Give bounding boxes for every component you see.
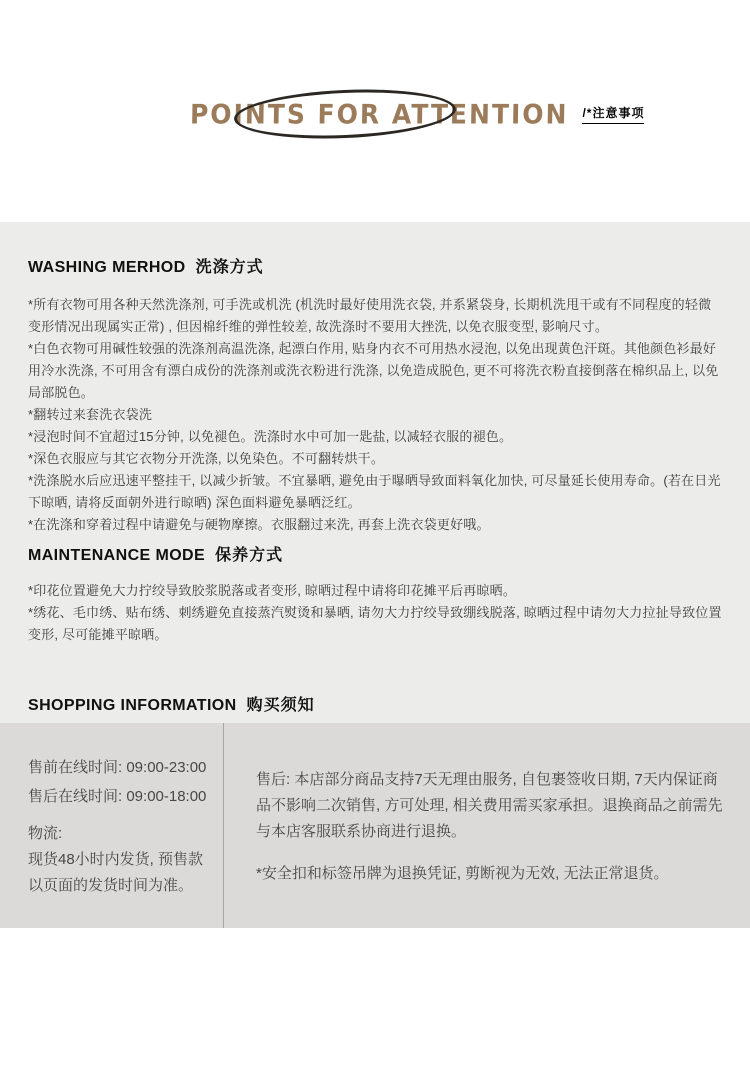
shopping-heading-en: SHOPPING INFORMATION <box>28 697 237 714</box>
washing-item: *洗涤脱水后应迅速平整挂干, 以减少折皱。不宜暴晒, 避免由于曝晒导致面料氧化加… <box>28 470 722 514</box>
care-info-panel: WASHING MERHOD洗涤方式 *所有衣物可用各种天然洗涤剂, 可手洗或机… <box>0 222 750 928</box>
logistics-label: 物流: <box>28 821 209 847</box>
shopping-information-heading: SHOPPING INFORMATION购买须知 <box>28 696 722 716</box>
care-notice-page: POINTS FOR ATTENTION/*注意事项 WASHING MERHO… <box>0 0 750 1075</box>
washing-method-list: *所有衣物可用各种天然洗涤剂, 可手洗或机洗 (机洗时最好使用洗衣袋, 并系紧袋… <box>28 294 722 536</box>
washing-heading-cn: 洗涤方式 <box>196 259 264 276</box>
maintenance-mode-heading: MAINTENANCE MODE保养方式 <box>28 546 722 566</box>
shopping-info-box: 售前在线时间: 09:00-23:00 售后在线时间: 09:00-18:00 … <box>0 723 750 928</box>
maintenance-mode-section: MAINTENANCE MODE保养方式 *印花位置避免大力拧绞导致胶浆脱落或者… <box>28 546 722 646</box>
presale-hours: 售前在线时间: 09:00-23:00 <box>28 757 209 778</box>
washing-item: *白色衣物可用碱性较强的洗涤剂高温洗涤, 起漂白作用, 贴身内衣不可用热水浸泡,… <box>28 338 722 404</box>
washing-item: *浸泡时间不宜超过15分钟, 以免褪色。洗涤时水中可加一匙盐, 以减轻衣服的褪色… <box>28 426 722 448</box>
washing-item: *在洗涤和穿着过程中请避免与硬物摩擦。衣服翻过来洗, 再套上洗衣袋更好哦。 <box>28 514 722 536</box>
return-policy-column: 售后: 本店部分商品支持7天无理由服务, 自包裹签收日期, 7天内保证商品不影响… <box>224 723 750 928</box>
shopping-information-section: SHOPPING INFORMATION购买须知 <box>28 696 722 716</box>
washing-heading-en: WASHING MERHOD <box>28 259 186 276</box>
aftersale-hours: 售后在线时间: 09:00-18:00 <box>28 786 209 807</box>
logistics-text: 现货48小时内发货, 预售款以页面的发货时间为准。 <box>28 847 209 899</box>
washing-item: *深色衣服应与其它衣物分开洗涤, 以免染色。不可翻转烘干。 <box>28 448 722 470</box>
maintenance-heading-en: MAINTENANCE MODE <box>28 547 205 564</box>
maintenance-item: *印花位置避免大力拧绞导致胶浆脱落或者变形, 晾晒过程中请将印花摊平后再晾晒。 <box>28 580 722 602</box>
tag-warning-text: *安全扣和标签吊牌为退换凭证, 剪断视为无效, 无法正常退货。 <box>256 861 724 887</box>
maintenance-mode-list: *印花位置避免大力拧绞导致胶浆脱落或者变形, 晾晒过程中请将印花摊平后再晾晒。 … <box>28 580 722 646</box>
washing-item: *所有衣物可用各种天然洗涤剂, 可手洗或机洗 (机洗时最好使用洗衣袋, 并系紧袋… <box>28 294 722 338</box>
return-policy-text: 售后: 本店部分商品支持7天无理由服务, 自包裹签收日期, 7天内保证商品不影响… <box>256 767 724 845</box>
page-header: POINTS FOR ATTENTION/*注意事项 <box>190 100 644 142</box>
shopping-heading-cn: 购买须知 <box>247 697 315 714</box>
page-subtitle: /*注意事项 <box>582 104 644 124</box>
washing-method-heading: WASHING MERHOD洗涤方式 <box>28 258 722 278</box>
washing-method-section: WASHING MERHOD洗涤方式 *所有衣物可用各种天然洗涤剂, 可手洗或机… <box>28 258 722 536</box>
page-title: POINTS FOR ATTENTION <box>190 99 569 130</box>
washing-item: *翻转过来套洗衣袋洗 <box>28 404 722 426</box>
maintenance-item: *绣花、毛巾绣、贴布绣、刺绣避免直接蒸汽熨烫和暴晒, 请勿大力拧绞导致绷线脱落,… <box>28 602 722 646</box>
maintenance-heading-cn: 保养方式 <box>215 547 283 564</box>
service-hours-column: 售前在线时间: 09:00-23:00 售后在线时间: 09:00-18:00 … <box>0 723 224 928</box>
